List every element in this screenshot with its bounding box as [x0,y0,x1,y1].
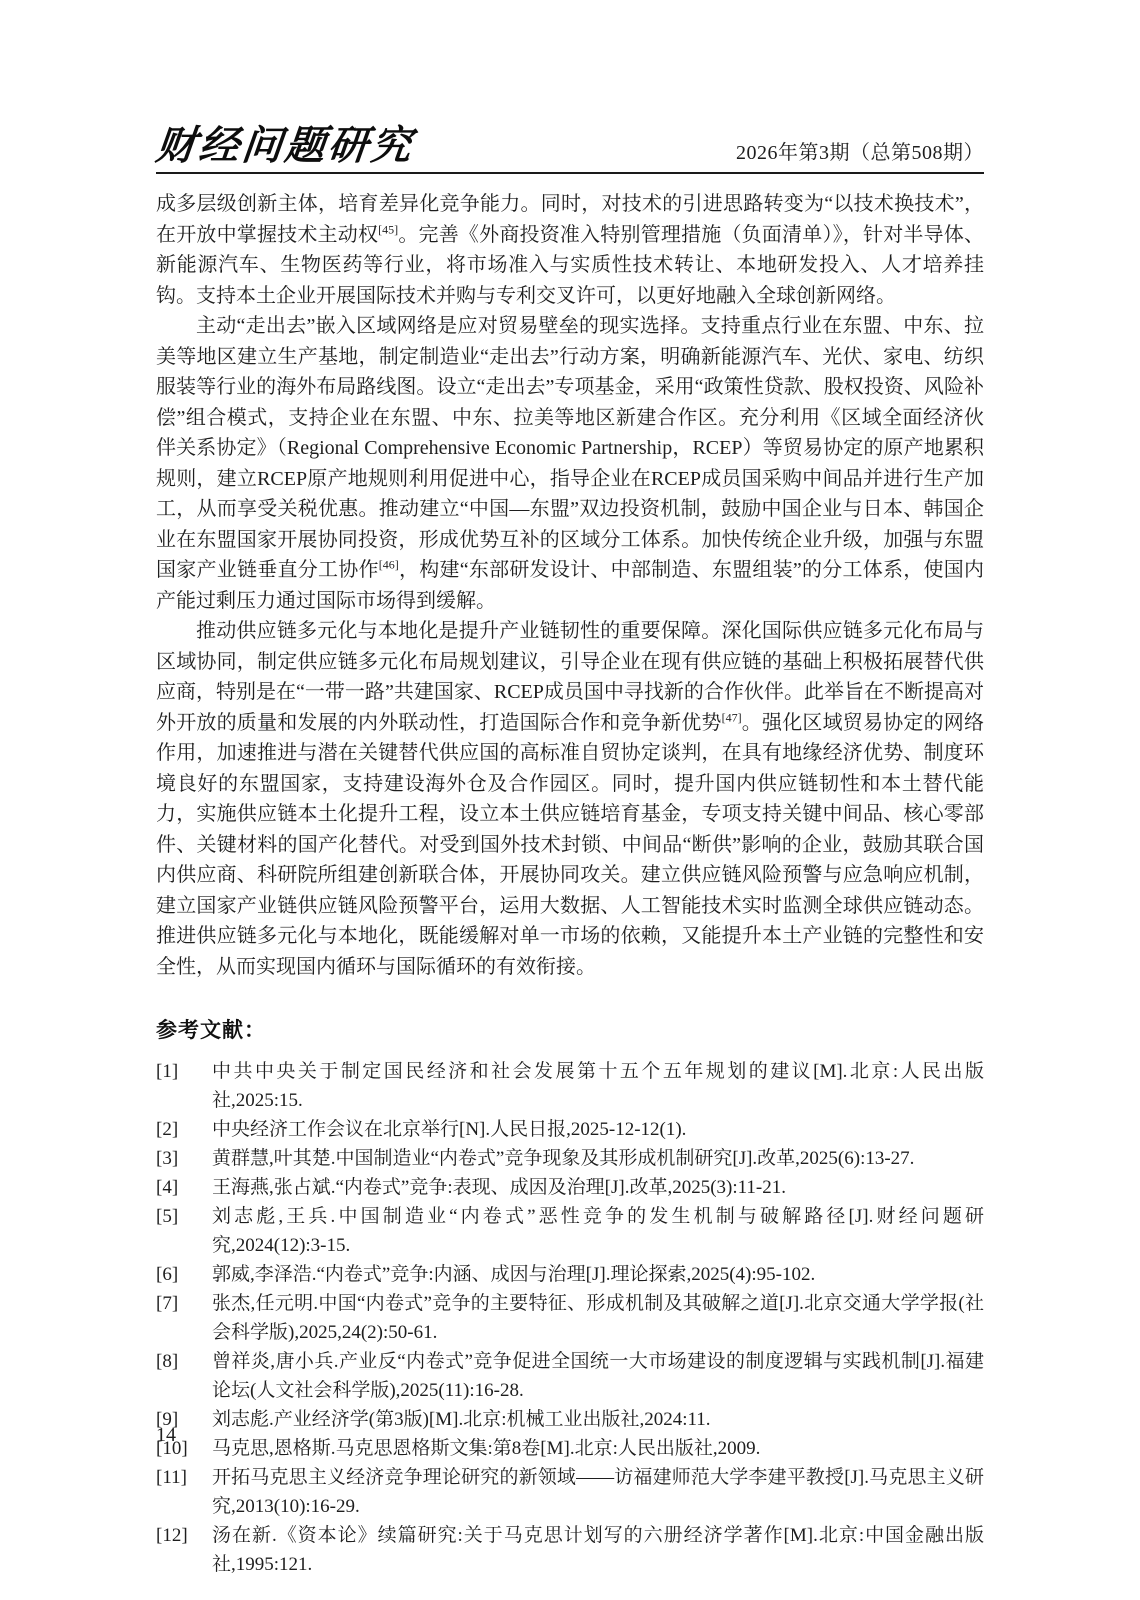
page-content: 财经问题研究 2026年第3期（总第508期） 成多层级创新主体，培育差异化竞争… [0,0,1140,1579]
body-paragraph: 成多层级创新主体，培育差异化竞争能力。同时，对技术的引进思路转变为“以技术换技术… [156,189,984,311]
reference-number: [1] [156,1057,194,1115]
citation-superscript: [46] [379,557,399,571]
reference-text: 中共中央关于制定国民经济和社会发展第十五个五年规划的建议[M].北京:人民出版社… [212,1057,984,1115]
reference-number: [8] [156,1347,194,1405]
reference-text: 开拓马克思主义经济竞争理论研究的新领域——访福建师范大学李建平教授[J].马克思… [212,1463,984,1521]
reference-item: [2]中央经济工作会议在北京举行[N].人民日报,2025-12-12(1). [156,1115,984,1144]
page-header: 财经问题研究 2026年第3期（总第508期） [156,126,984,174]
reference-text: 马克思,恩格斯.马克思恩格斯文集:第8卷[M].北京:人民出版社,2009. [212,1434,984,1463]
reference-number: [7] [156,1289,194,1347]
body-paragraph: 主动“走出去”嵌入区域网络是应对贸易壁垒的现实选择。支持重点行业在东盟、中东、拉… [156,311,984,616]
references-list: [1]中共中央关于制定国民经济和社会发展第十五个五年规划的建议[M].北京:人民… [156,1057,984,1579]
reference-text: 中央经济工作会议在北京举行[N].人民日报,2025-12-12(1). [212,1115,984,1144]
reference-item: [4]王海燕,张占斌.“内卷式”竞争:表现、成因及治理[J].改革,2025(3… [156,1173,984,1202]
reference-text: 曾祥炎,唐小兵.产业反“内卷式”竞争促进全国统一大市场建设的制度逻辑与实践机制[… [212,1347,984,1405]
reference-number: [4] [156,1173,194,1202]
issue-info: 2026年第3期（总第508期） [736,143,984,166]
reference-number: [12] [156,1521,194,1579]
reference-item: [6]郭威,李泽浩.“内卷式”竞争:内涵、成因与治理[J].理论探索,2025(… [156,1260,984,1289]
paragraph-text: 。强化区域贸易协定的网络作用，加速推进与潜在关键替代供应国的高标准自贸协定谈判，… [156,712,984,978]
reference-item: [3]黄群慧,叶其楚.中国制造业“内卷式”竞争现象及其形成机制研究[J].改革,… [156,1144,984,1173]
body-paragraph: 推动供应链多元化与本地化是提升产业链韧性的重要保障。深化国际供应链多元化布局与区… [156,616,984,982]
citation-superscript: [45] [378,222,398,236]
reference-number: [11] [156,1463,194,1521]
reference-text: 刘志彪.产业经济学(第3版)[M].北京:机械工业出版社,2024:11. [212,1405,984,1434]
journal-page: 财经问题研究 2026年第3期（总第508期） 成多层级创新主体，培育差异化竞争… [0,0,1140,1600]
article-body: 成多层级创新主体，培育差异化竞争能力。同时，对技术的引进思路转变为“以技术换技术… [156,189,984,1579]
citation-superscript: [47] [722,710,742,724]
reference-number: [5] [156,1202,194,1260]
reference-item: [12]汤在新.《资本论》续篇研究:关于马克思计划写的六册经济学著作[M].北京… [156,1521,984,1579]
reference-item: [7]张杰,任元明.中国“内卷式”竞争的主要特征、形成机制及其破解之道[J].北… [156,1289,984,1347]
journal-logo: 财经问题研究 [154,126,416,166]
reference-item: [8]曾祥炎,唐小兵.产业反“内卷式”竞争促进全国统一大市场建设的制度逻辑与实践… [156,1347,984,1405]
reference-text: 汤在新.《资本论》续篇研究:关于马克思计划写的六册经济学著作[M].北京:中国金… [212,1521,984,1579]
reference-text: 刘志彪,王兵.中国制造业“内卷式”恶性竞争的发生机制与破解路径[J].财经问题研… [212,1202,984,1260]
reference-text: 王海燕,张占斌.“内卷式”竞争:表现、成因及治理[J].改革,2025(3):1… [212,1173,984,1202]
reference-item: [10]马克思,恩格斯.马克思恩格斯文集:第8卷[M].北京:人民出版社,200… [156,1434,984,1463]
paragraphs-container: 成多层级创新主体，培育差异化竞争能力。同时，对技术的引进思路转变为“以技术换技术… [156,189,984,982]
page-number: 14 [156,1424,176,1447]
references-section: 参考文献： [1]中共中央关于制定国民经济和社会发展第十五个五年规划的建议[M]… [156,1016,984,1579]
reference-number: [3] [156,1144,194,1173]
reference-item: [9]刘志彪.产业经济学(第3版)[M].北京:机械工业出版社,2024:11. [156,1405,984,1434]
reference-text: 黄群慧,叶其楚.中国制造业“内卷式”竞争现象及其形成机制研究[J].改革,202… [212,1144,984,1173]
reference-text: 郭威,李泽浩.“内卷式”竞争:内涵、成因与治理[J].理论探索,2025(4):… [212,1260,984,1289]
reference-text: 张杰,任元明.中国“内卷式”竞争的主要特征、形成机制及其破解之道[J].北京交通… [212,1289,984,1347]
reference-item: [5]刘志彪,王兵.中国制造业“内卷式”恶性竞争的发生机制与破解路径[J].财经… [156,1202,984,1260]
references-heading: 参考文献： [156,1016,984,1047]
reference-item: [11]开拓马克思主义经济竞争理论研究的新领域——访福建师范大学李建平教授[J]… [156,1463,984,1521]
paragraph-text: 主动“走出去”嵌入区域网络是应对贸易壁垒的现实选择。支持重点行业在东盟、中东、拉… [156,315,984,581]
reference-number: [2] [156,1115,194,1144]
reference-item: [1]中共中央关于制定国民经济和社会发展第十五个五年规划的建议[M].北京:人民… [156,1057,984,1115]
reference-number: [6] [156,1260,194,1289]
